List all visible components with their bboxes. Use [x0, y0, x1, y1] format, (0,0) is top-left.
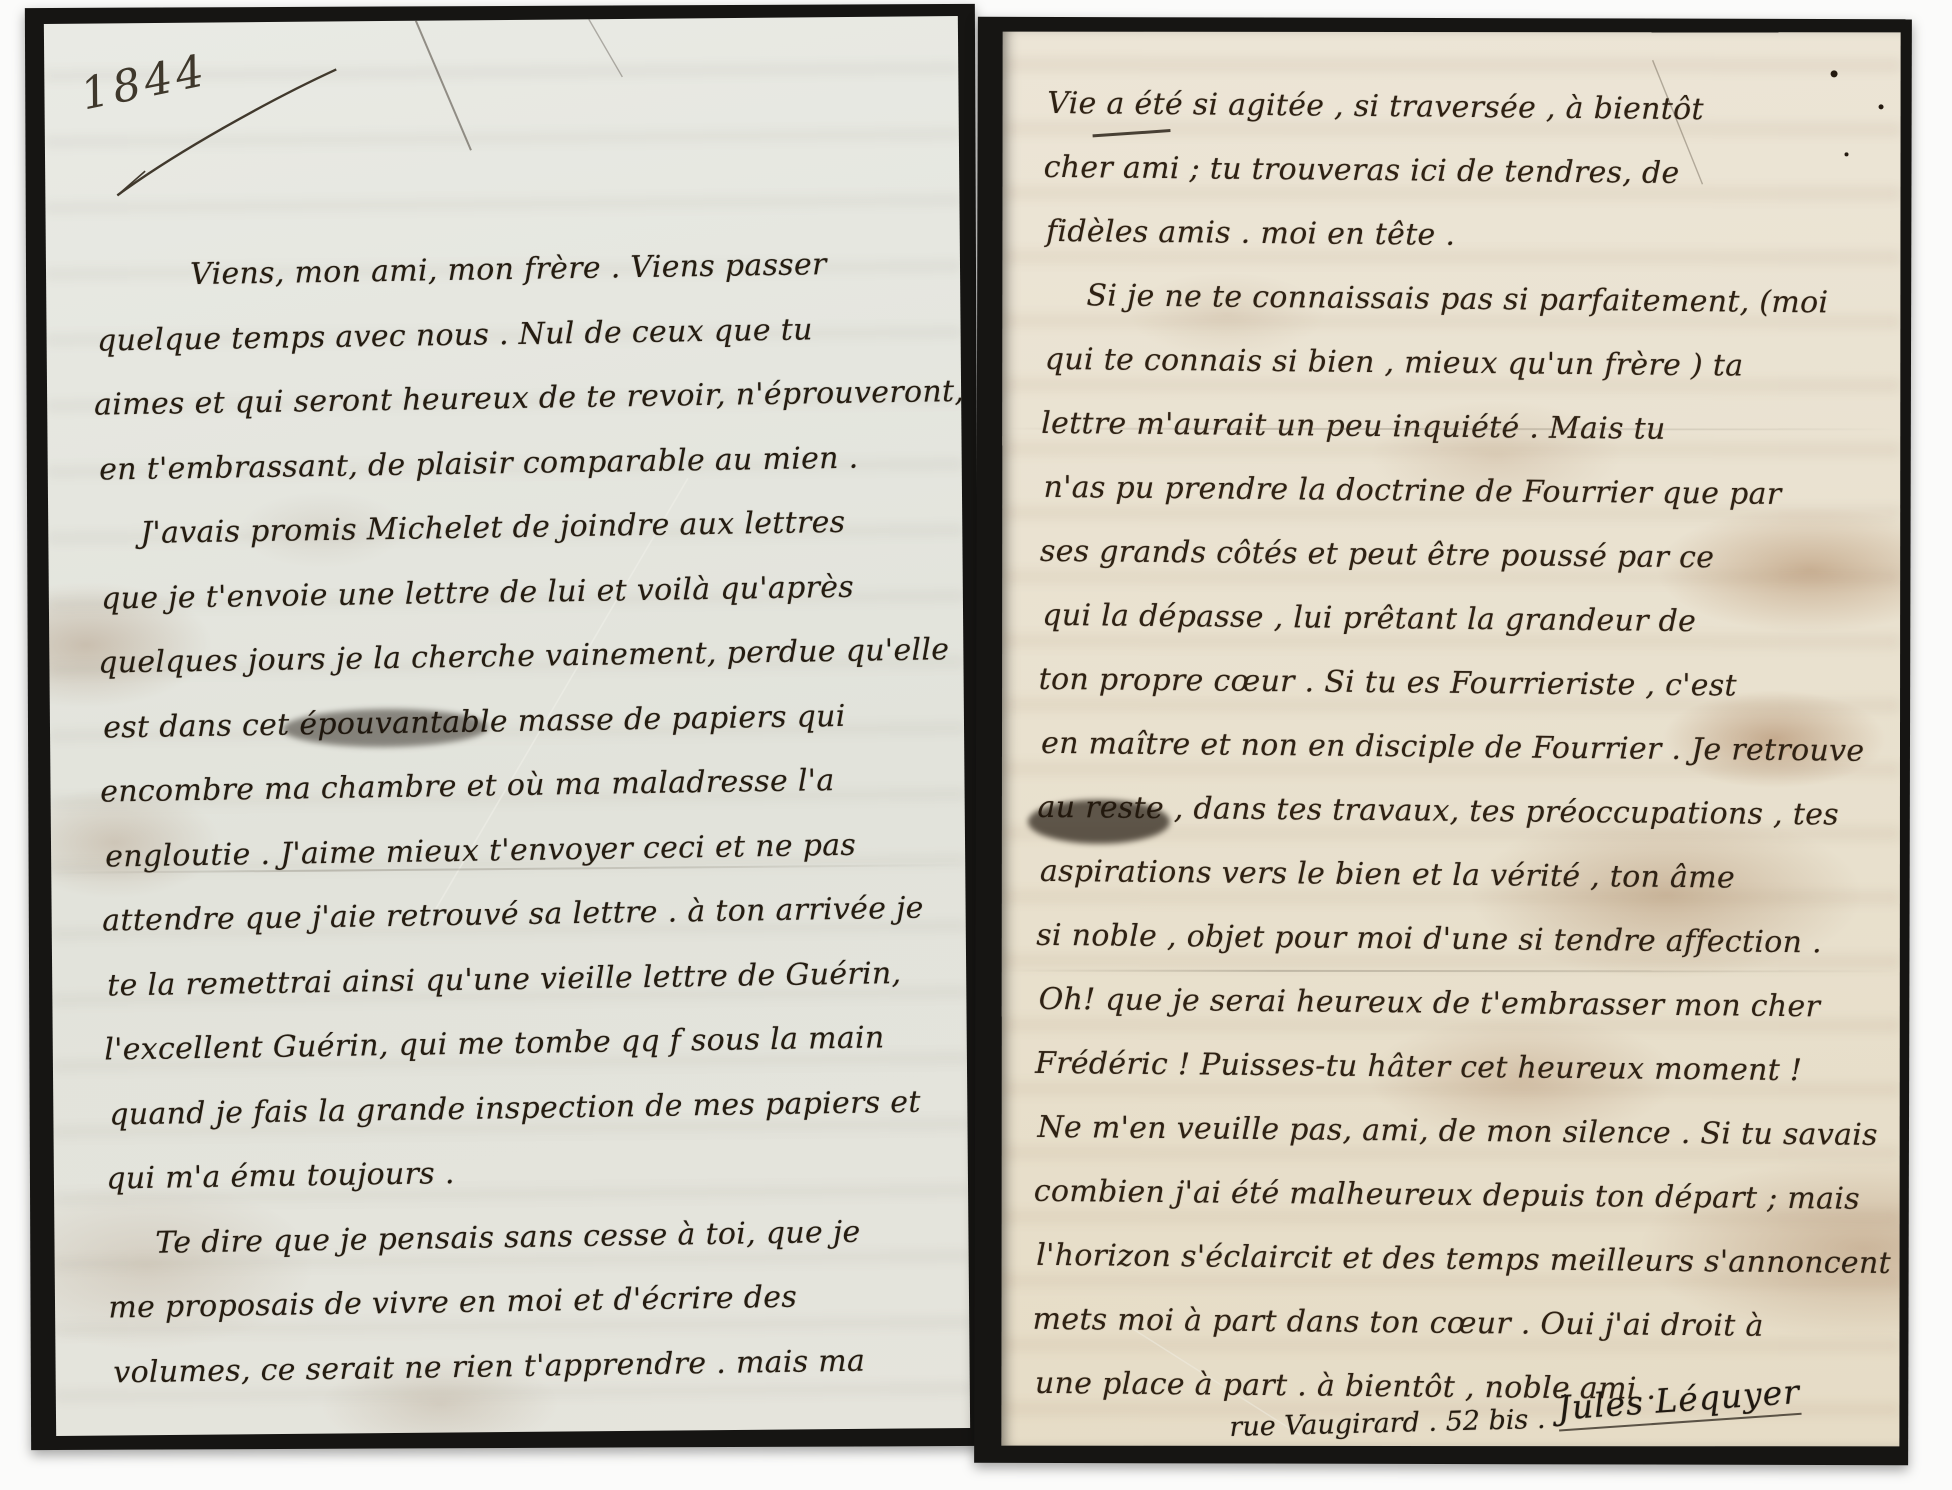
manuscript-line: ses grands côtés et peut être poussé par…	[1040, 534, 1901, 606]
right-page-photo: Vie a été si agitée , si traversée , à b…	[974, 17, 1912, 1465]
manuscript-line: fidèles amis . moi en tête .	[1046, 214, 1901, 286]
manuscript-line: Si je ne te connaissais pas si parfaitem…	[1042, 278, 1901, 350]
address-line: rue Vaugirard . 52 bis .	[1229, 1404, 1546, 1443]
letter-body-left: Viens, mon ami, mon frère . Viens passer…	[92, 245, 970, 1420]
manuscript-line: l'horizon s'éclaircit et des temps meill…	[1036, 1238, 1901, 1310]
right-page: Vie a été si agitée , si traversée , à b…	[1001, 32, 1900, 1447]
manuscript-line: Vie a été si agitée , si traversée , à b…	[1047, 86, 1901, 158]
manuscript-line: mets moi à part dans ton cœur . Oui j'ai…	[1032, 1302, 1900, 1374]
manuscript-line: au reste , dans tes travaux, tes préoccu…	[1037, 790, 1901, 862]
manuscript-line: combien j'ai été malheureux depuis ton d…	[1033, 1174, 1900, 1246]
manuscript-line: Oh! que je serai heureux de t'embrasser …	[1038, 982, 1900, 1054]
manuscript-line: n'as pu prendre la doctrine de Fourrier …	[1043, 470, 1900, 542]
pen-flourish-hook	[117, 171, 145, 195]
left-page-photo: 1844 Viens, mon ami, mon frère . Viens p…	[25, 4, 981, 1450]
left-page: 1844 Viens, mon ami, mon frère . Viens p…	[44, 16, 970, 1436]
letter-body-right: Vie a été si agitée , si traversée , à b…	[1032, 86, 1901, 1438]
manuscript-line: aspirations vers le bien et la vérité , …	[1039, 854, 1900, 926]
tear-mark	[416, 20, 471, 150]
manuscript-line: qui te connais si bien , mieux qu'un frè…	[1044, 342, 1900, 414]
ink-speck	[1831, 70, 1838, 77]
manuscript-line: Ne m'en veuille pas, ami, de mon silence…	[1037, 1110, 1901, 1182]
manuscript-line: si noble , objet pour moi d'une si tendr…	[1036, 918, 1901, 990]
manuscript-line: cher ami ; tu trouveras ici de tendres, …	[1043, 150, 1900, 222]
tear-mark	[589, 19, 623, 77]
manuscript-line: volumes, ce serait ne rien t'apprendre .…	[113, 1341, 970, 1419]
manuscript-line: ton propre cœur . Si tu es Fourrieriste …	[1038, 662, 1900, 734]
year-annotation: 1844	[77, 45, 213, 120]
manuscript-line: qui la dépasse , lui prêtant la grandeur…	[1042, 598, 1901, 670]
manuscript-line: en maître et non en disciple de Fourrier…	[1041, 726, 1901, 798]
manuscript-line: lettre m'aurait un peu inquiété . Mais t…	[1041, 406, 1901, 478]
manuscript-line: Frédéric ! Puisses-tu hâter cet heureux …	[1035, 1046, 1901, 1118]
